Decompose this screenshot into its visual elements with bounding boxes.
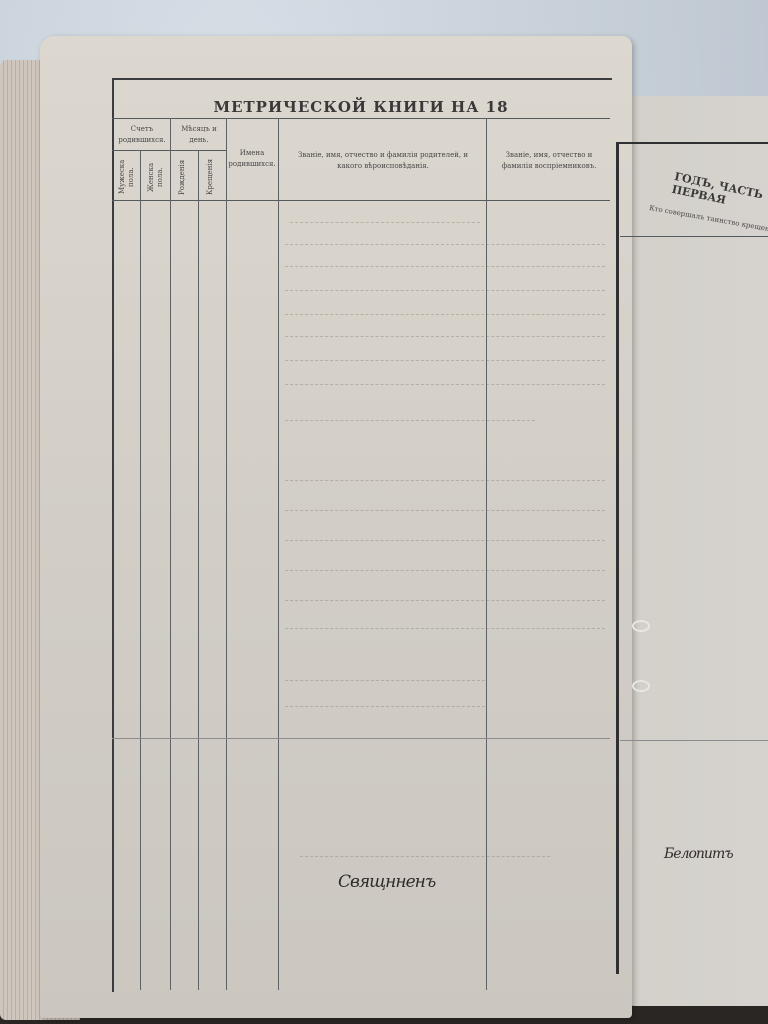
subgroup-line	[112, 150, 226, 151]
column-divider	[226, 118, 227, 990]
faded-handwriting	[285, 510, 605, 512]
header-birth: Рожденія	[178, 156, 187, 198]
header-count-group: Счетъ родившихся.	[114, 124, 170, 146]
header-godparents: Званіе, имя, отчество и фамилія воспріем…	[492, 150, 606, 172]
priest-signature: Свящнненъ	[338, 872, 435, 892]
binding-thread	[632, 620, 650, 632]
header-bottom-line	[112, 200, 610, 201]
column-divider	[198, 150, 199, 990]
faded-handwriting	[285, 540, 605, 542]
right-header-line	[620, 236, 768, 237]
faded-handwriting	[285, 336, 605, 338]
faded-handwriting	[285, 628, 605, 630]
faded-handwriting	[285, 600, 605, 602]
left-table-frame	[112, 78, 612, 992]
faded-handwriting	[300, 856, 550, 858]
row-divider	[112, 738, 610, 739]
header-parents: Званіе, имя, отчество и фамилія родителе…	[288, 150, 478, 172]
header-female: Женска пола.	[147, 156, 165, 198]
faded-handwriting	[285, 570, 605, 572]
column-divider	[170, 118, 171, 990]
header-male: Мужеска пола.	[118, 156, 136, 198]
header-baptism: Крещенія	[206, 156, 215, 198]
faded-handwriting	[285, 480, 605, 482]
faded-handwriting	[285, 706, 485, 708]
faded-handwriting	[285, 266, 605, 268]
column-divider	[140, 150, 141, 990]
right-row-divider	[620, 740, 768, 741]
right-signature: Белопитъ	[664, 846, 733, 862]
faded-handwriting	[285, 420, 535, 422]
faded-handwriting	[285, 314, 605, 316]
faded-handwriting	[285, 244, 605, 246]
faded-handwriting	[290, 222, 480, 224]
binding-thread	[632, 680, 650, 692]
faded-handwriting	[285, 290, 605, 292]
column-divider	[278, 118, 279, 990]
faded-handwriting	[285, 384, 605, 386]
header-month-group: Мѣсяцъ и день.	[172, 124, 226, 146]
faded-handwriting	[285, 360, 605, 362]
header-names: Имена родившихся.	[228, 148, 276, 170]
column-divider	[486, 118, 487, 990]
faded-handwriting	[285, 680, 485, 682]
header-top-line	[112, 118, 610, 119]
page-title: МЕТРИЧЕСКОЙ КНИГИ НА 18	[112, 98, 610, 116]
